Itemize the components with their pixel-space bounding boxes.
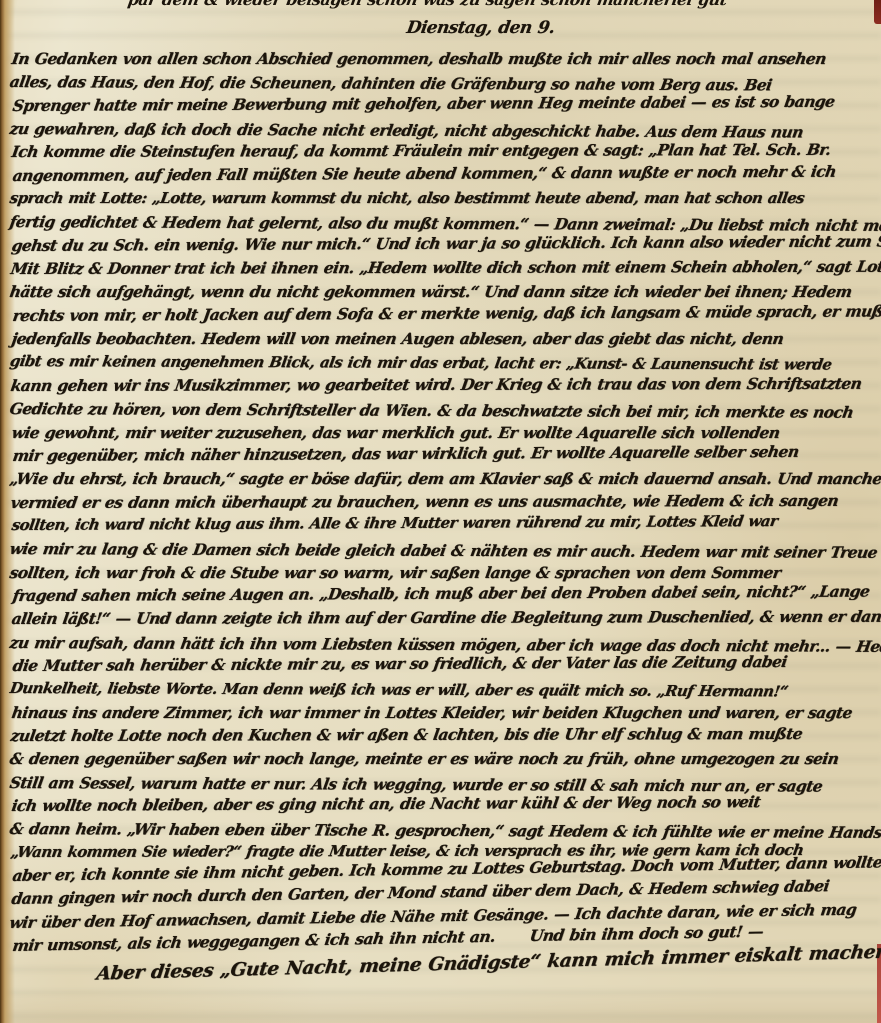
scanned-letter-page: par dem & wieder beisagen schon was zu s…	[0, 0, 881, 1023]
handwriting-line: sollten, ich ward nicht klug aus ihm. Al…	[8, 509, 881, 537]
handwriting-line: „Wie du ehrst, ich brauch,“ sagte er bös…	[8, 467, 881, 490]
handwriting-line: angenommen, auf jeden Fall müßten Sie he…	[8, 159, 881, 187]
handwriting-body: In Gedanken von allen schon Abschied gen…	[8, 47, 877, 957]
handwriting-line: allein läßt!“ — Und dann zeigte ich ihm …	[8, 605, 881, 631]
handwriting-line: rechts von mir, er holt Jacken auf dem S…	[8, 299, 881, 327]
handwriting-line: gehst du zu Sch. ein wenig. Wie nur mich…	[8, 229, 881, 257]
handwriting-line: & denen gegenüber saßen wir noch lange, …	[8, 747, 881, 770]
handwriting-line: zuletzt holte Lotte noch den Kuchen & wi…	[8, 722, 881, 748]
clipped-top-line: par dem & wieder beisagen schon was zu s…	[8, 0, 877, 13]
handwriting-line: In Gedanken von allen schon Abschied gen…	[8, 47, 881, 70]
handwriting-line: fragend sahen mich seine Augen an. „Desh…	[8, 579, 881, 607]
handwriting-line: ich wollte noch bleiben, aber es ging ni…	[8, 789, 881, 817]
handwriting-line: Mit Blitz & Donner trat ich bei ihnen ei…	[8, 255, 881, 281]
handwriting-line: kann gehen wir ins Musikzimmer, wo gearb…	[8, 372, 881, 398]
handwriting-line: hinaus ins andere Zimmer, ich war immer …	[8, 701, 881, 724]
handwriting-line: sprach mit Lotte: „Lotte, warum kommst d…	[8, 187, 881, 210]
handwriting-line: mir gegenüber, mich näher hinzusetzen, d…	[8, 439, 881, 467]
date-heading: Dienstag, den 9.	[8, 13, 881, 46]
handwriting-layer: par dem & wieder beisagen schon was zu s…	[8, 0, 877, 994]
clipped-top-line-text: par dem & wieder beisagen schon was zu s…	[8, 0, 877, 9]
handwriting-line: Sprenger hatte mir meine Bewerbung mit g…	[8, 89, 881, 117]
handwriting-line: jedenfalls beobachten. Hedem will von me…	[8, 327, 881, 350]
handwriting-line: die Mutter sah herüber & nickte mir zu, …	[8, 649, 881, 677]
